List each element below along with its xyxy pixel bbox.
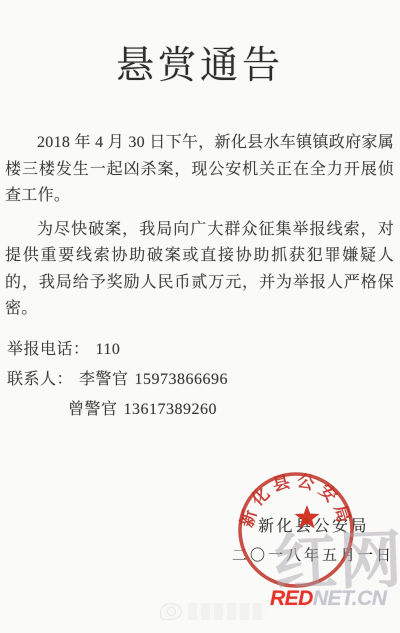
seal-arc-text: 新化县公安局 — [236, 471, 354, 529]
hotline-label: 举报电话： — [7, 341, 90, 358]
notice-paragraph-1: 2018 年 4 月 30 日下午，新化县水车镇镇政府家属楼三楼发生一起凶杀案，… — [5, 130, 394, 210]
star-icon — [295, 505, 320, 529]
rednet-logo-red-text: RED — [270, 587, 313, 610]
notice-body: 2018 年 4 月 30 日下午，新化县水车镇镇政府家属楼三楼发生一起凶杀案，… — [5, 130, 394, 323]
hotline-line: 举报电话：110 — [7, 335, 228, 365]
blurred-watermark-box — [188, 603, 266, 620]
contact-line-li: 联系人：李警官15973866696 — [7, 365, 228, 395]
notice-paragraph-2: 为尽快破案，我局向广大群众征集举报线索，对提供重要线索协助破案或直接协助抓获犯罪… — [5, 217, 394, 323]
hotline-number: 110 — [96, 341, 121, 358]
rednet-logo-watermark: REDNET.CN — [270, 587, 386, 611]
notice-title: 悬赏通告 — [0, 34, 400, 89]
contact-phone: 13617389260 — [124, 401, 218, 418]
eye-icon — [160, 603, 182, 620]
contacts-label: 联系人： — [7, 371, 73, 388]
contact-name: 曾警官 — [68, 401, 118, 418]
notice-document: 悬赏通告 2018 年 4 月 30 日下午，新化县水车镇镇政府家属楼三楼发生一… — [0, 0, 400, 633]
contact-line-zeng: 曾警官13617389260 — [68, 395, 228, 425]
faint-weibo-watermark — [160, 599, 266, 623]
svg-text:新化县公安局: 新化县公安局 — [236, 471, 354, 529]
contact-block: 举报电话：110 联系人：李警官15973866696 曾警官136173892… — [7, 335, 228, 425]
rednet-logo-gray-text: NET.CN — [313, 587, 387, 610]
contact-phone: 15973866696 — [135, 371, 229, 388]
contact-name: 李警官 — [79, 371, 129, 388]
